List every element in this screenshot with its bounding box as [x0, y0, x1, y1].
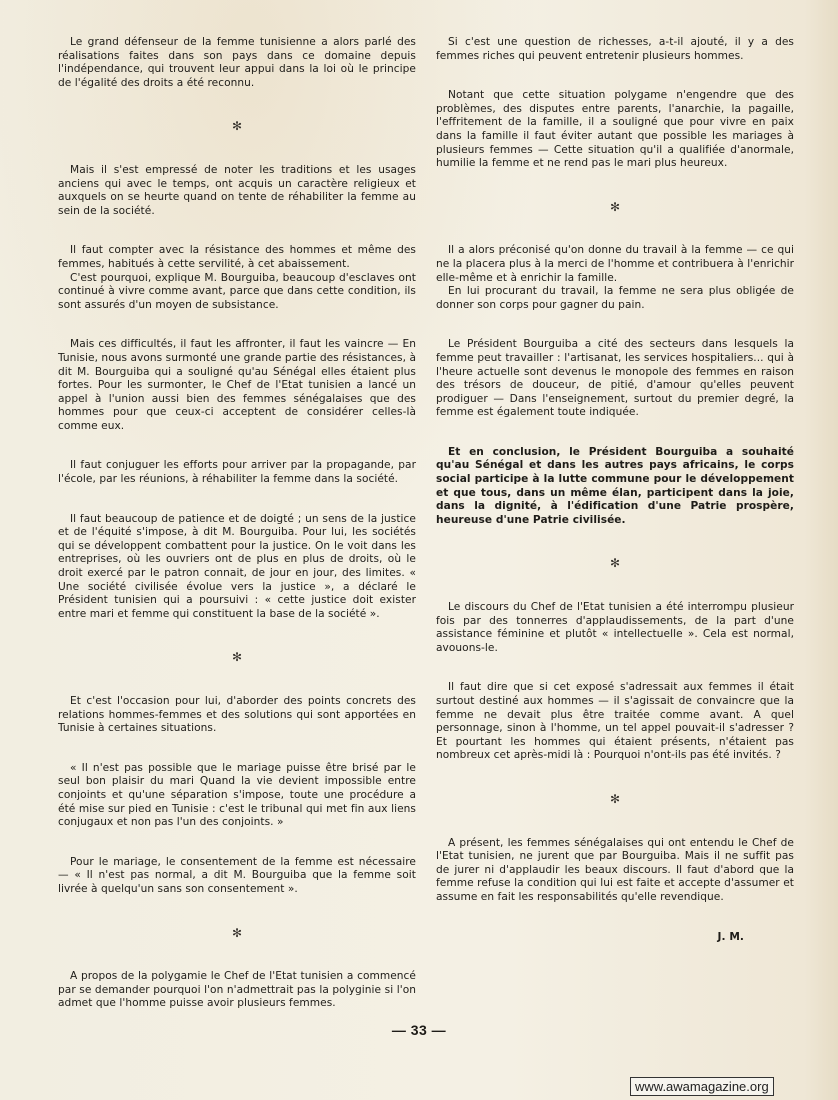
paragraph: Il faut dire que si cet exposé s'adressa… — [436, 681, 794, 763]
page-number: — 33 — — [0, 1022, 838, 1038]
author-signature: J. M. — [436, 931, 794, 945]
right-column: Si c'est une question de richesses, a-t-… — [436, 36, 794, 944]
paragraph: Mais ces difficultés, il faut les affron… — [58, 338, 416, 433]
paragraph: C'est pourquoi, explique M. Bourguiba, b… — [58, 272, 416, 313]
left-column: Le grand défenseur de la femme tunisienn… — [58, 36, 416, 1011]
paragraph: Pour le mariage, le consentement de la f… — [58, 856, 416, 897]
paragraph: En lui procurant du travail, la femme ne… — [436, 285, 794, 312]
paragraph: Et c'est l'occasion pour lui, d'aborder … — [58, 695, 416, 736]
paragraph: Mais il s'est empressé de noter les trad… — [58, 164, 416, 218]
paragraph: A propos de la polygamie le Chef de l'Et… — [58, 970, 416, 1011]
paragraph: Il a alors préconisé qu'on donne du trav… — [436, 244, 794, 285]
section-divider-asterisk-icon: ✻ — [58, 651, 416, 665]
magazine-page: Le grand défenseur de la femme tunisienn… — [0, 0, 838, 1100]
paragraph: Il faut conjuguer les efforts pour arriv… — [58, 459, 416, 486]
conclusion-paragraph: Et en conclusion, le Président Bourguiba… — [436, 446, 794, 528]
section-divider-asterisk-icon: ✻ — [58, 120, 416, 134]
website-watermark: www.awamagazine.org — [630, 1077, 774, 1096]
section-divider-asterisk-icon: ✻ — [436, 793, 794, 807]
section-divider-asterisk-icon: ✻ — [436, 557, 794, 571]
paragraph: Notant que cette situation polygame n'en… — [436, 89, 794, 171]
paragraph: Le grand défenseur de la femme tunisienn… — [58, 36, 416, 90]
paragraph: Le discours du Chef de l'Etat tunisien a… — [436, 601, 794, 655]
paragraph: Le Président Bourguiba a cité des secteu… — [436, 338, 794, 420]
paragraph: Il faut compter avec la résistance des h… — [58, 244, 416, 271]
section-divider-asterisk-icon: ✻ — [436, 201, 794, 215]
paragraph: A présent, les femmes sénégalaises qui o… — [436, 837, 794, 905]
paragraph: Il faut beaucoup de patience et de doigt… — [58, 513, 416, 622]
paragraph: « Il n'est pas possible que le mariage p… — [58, 762, 416, 830]
section-divider-asterisk-icon: ✻ — [58, 927, 416, 941]
paragraph: Si c'est une question de richesses, a-t-… — [436, 36, 794, 63]
